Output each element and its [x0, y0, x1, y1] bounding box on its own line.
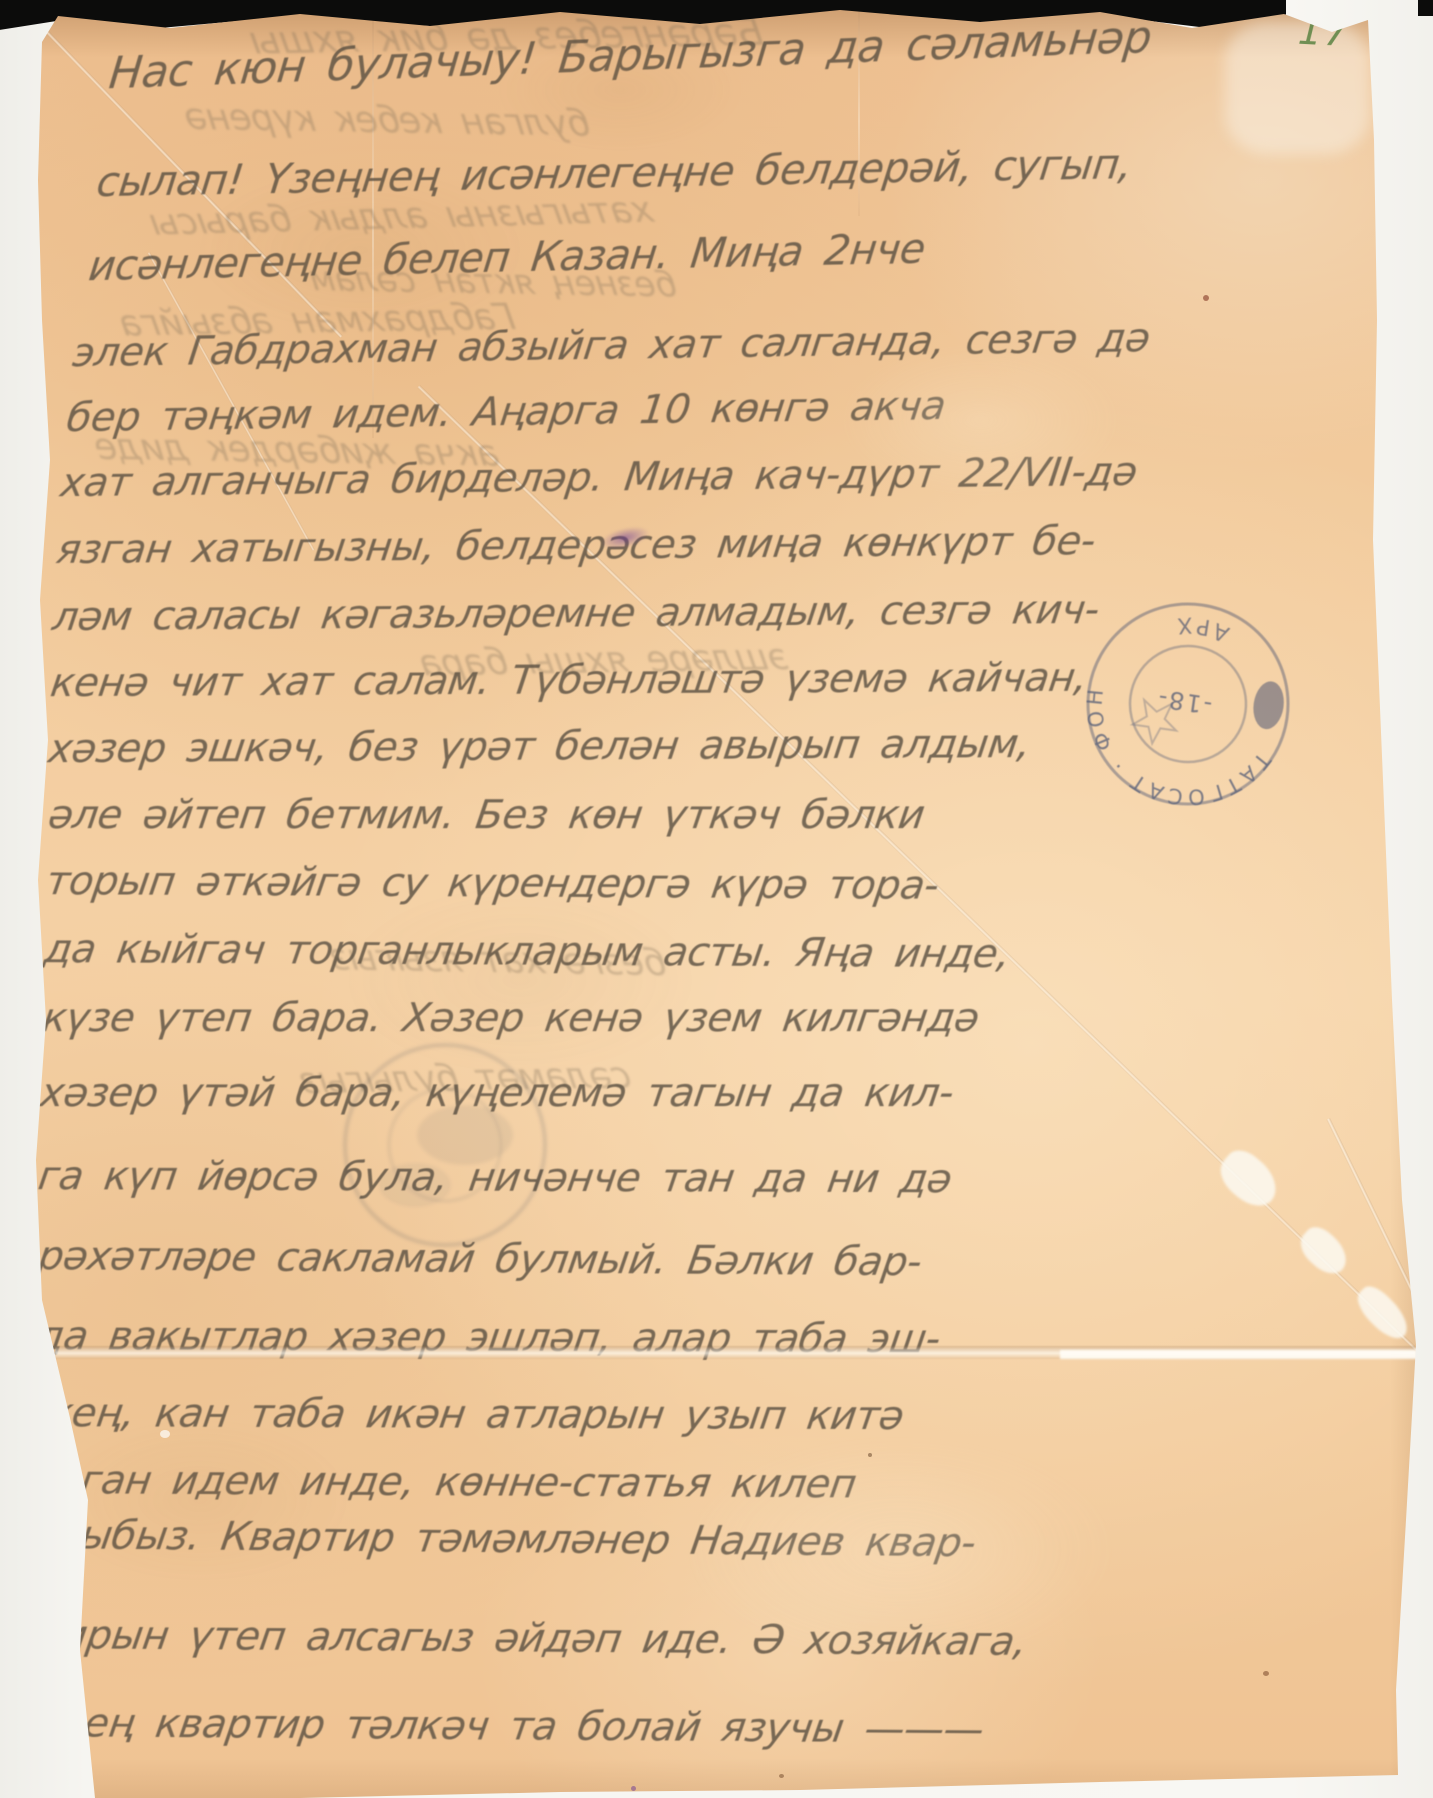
handwriting-layer: Нас кюн булачыу! Барыгызга да сәламьнәрс…: [0, 0, 1433, 1798]
postmark-ring-icon: [345, 1045, 545, 1245]
handwriting-line: исәнлегеңне белеп Казан. Миңа 2нче: [86, 224, 928, 290]
tear-patch: [1212, 1143, 1286, 1215]
bleedthrough-line: безгә хат языгыз: [328, 937, 668, 984]
handwriting-line: җең, кан таба икән атларын узып китә: [33, 1390, 906, 1439]
paper-speck: [779, 1774, 784, 1778]
stamp-ink-blob: [1250, 679, 1286, 731]
handwriting-line: языбыз. Квартир тәмәмләнер Надиев квар-: [33, 1512, 979, 1566]
handwriting-line: үзең квартир тәлкәч та болай язучы ———: [37, 1700, 986, 1753]
handwriting-line: бер тәңкәм идем. Аңарга 10 көнгә акча: [64, 383, 948, 441]
tear-horizontal-fold: [55, 1346, 1415, 1359]
paper-fold-vertical-center: [858, 6, 860, 216]
handwriting-line: әле әйтеп бетмим. Без көн үткәч бәлки: [46, 792, 928, 838]
handwriting-line: элек Габдрахман абзыйга хат салганда, се…: [70, 315, 1152, 376]
paper-crease-top-left: [41, 26, 343, 338]
tear-horizontal-highlight: [1060, 1350, 1420, 1359]
paper-crease-diagonal: [417, 385, 1427, 1360]
handwriting-line: Нас кюн булачыу! Барыгызга да сәламьнәр: [107, 12, 1154, 100]
tear-patch: [1293, 1221, 1354, 1281]
handwriting-line: сылап! Үзеңнең исәнлегеңне белдерәй, суг…: [94, 140, 1134, 206]
postmark-inner-ring-icon: [389, 1089, 501, 1201]
page-number: 17: [1297, 9, 1352, 56]
handwriting-line: рәхәтләре сакламай булмый. Бәлки бар-: [35, 1233, 924, 1285]
bleedthrough-layer: Бәрәңгебез дә бик яхшыбулган кебек күрен…: [0, 0, 1433, 1798]
bleedthrough-line: акча җибәрдек диде: [93, 426, 502, 474]
bleedthrough-line: Габдрахман абзыйга: [117, 297, 518, 345]
handwriting-line: торып әткәйгә су күрендергә күрә тора-: [43, 858, 941, 909]
purple-ink-smudge: [598, 522, 651, 554]
bleedthrough-line: булган кебек күренә: [183, 96, 592, 144]
archive-stamp: ТАТГОСАТ · ФОНОВ АРХ -18-: [1062, 578, 1314, 830]
handwriting-line: хәзер эшкәч, без үрәт белән авырып алдым…: [46, 721, 1033, 772]
paper-crease-right: [1326, 1118, 1433, 1344]
bleedthrough-line: сәламәт булыгыз: [297, 1055, 634, 1102]
handwriting-line: хат алганчыга бирделәр. Миңа кач-дүрт 22…: [58, 449, 1140, 506]
handwriting-line: күзе үтеп бара. Хәзер кенә үзем килгәндә: [40, 995, 982, 1041]
handwriting-line: кенә чит хат салам. Түбәнләштә үземә кай…: [48, 655, 1090, 706]
handwriting-line: тирын үтеп алсагыз әйдәп иде. Ә хозяйкаг…: [35, 1612, 1030, 1665]
scanner-strip-top-right: [1418, 0, 1433, 16]
stamp-inner-ring-icon: [1122, 638, 1253, 769]
stamp-arc-text-top: АРХ: [1167, 609, 1234, 647]
stamp-arc-text-bottom: ТАТГОСАТ · ФОНОВ: [1069, 683, 1283, 821]
handwriting-line: хәзер үтәй бара, күңелемә тагын да кил-: [38, 1070, 957, 1116]
stamp-center-number: -18-: [1155, 684, 1214, 720]
stamp-outer-ring-icon: [1075, 591, 1301, 817]
tear-patch: [1350, 1280, 1415, 1345]
bleedthrough-line: эшләре яхшы бара: [417, 637, 791, 684]
paper-speck: [160, 1430, 170, 1438]
scan-background: Бәрәңгебез дә бик яхшыбулган кебек күрен…: [0, 0, 1433, 1798]
faint-postmark-stamp: [330, 1030, 560, 1260]
stamp-star-icon: [1130, 699, 1179, 747]
handwriting-line: да кыйгач торганлыкларым асты. Яңа инде,: [41, 926, 1013, 977]
postmark-smudge: [417, 1105, 513, 1165]
paper-fold-vertical-left: [372, 8, 374, 438]
handwriting-line: ләм саласы кәгазьләремне алмадым, сезгә …: [50, 587, 1102, 640]
paper-speck: [1203, 295, 1209, 301]
handwriting-line: да вакытлар хәзер эшләп, алар таба эш-: [33, 1313, 943, 1362]
paper-crease-upper: [147, 252, 314, 551]
bleedthrough-line: безнең яктан сәлам: [308, 259, 679, 305]
bleedthrough-line: хатыгызны алдык барысы: [147, 189, 657, 243]
handwriting-line: язган хатыгызны, белдерәсез миңа көнкүрт…: [54, 518, 1098, 573]
handwriting-line: язган идем инде, көнне-статья килеп: [33, 1457, 859, 1507]
paper-speck: [1263, 1671, 1269, 1676]
postmark-smudge: [379, 1163, 451, 1207]
paper-speck: [868, 1453, 872, 1457]
handwriting-line: га күп йөрсә була, ничәнче тан да ни дә: [35, 1153, 954, 1202]
letter-paper: Бәрәңгебез дә бик яхшыбулган кебек күрен…: [0, 0, 1433, 1798]
paper-speck: [631, 1786, 636, 1791]
